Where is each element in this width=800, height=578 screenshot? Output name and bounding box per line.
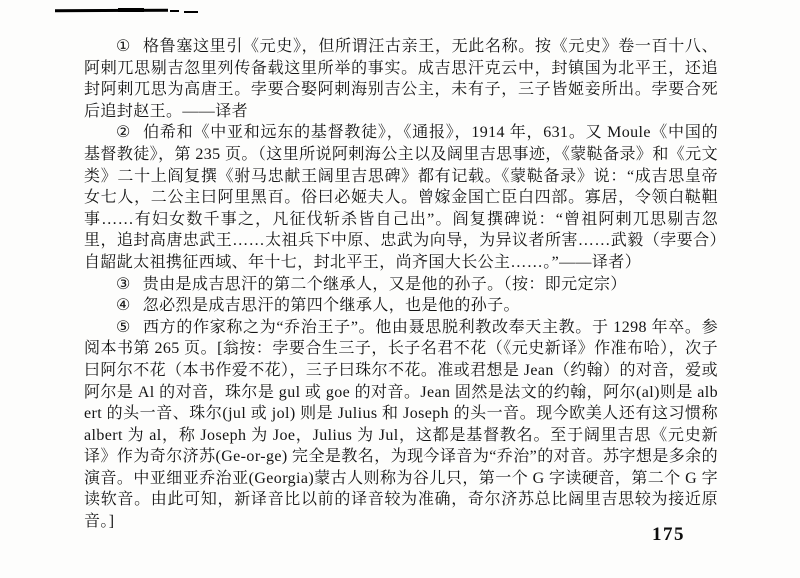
footnote-2: ②伯希和《中亚和远东的基督教徒》，《通报》，1914 年，631。又 Moule… — [84, 122, 718, 273]
footnote-1-text: 格鲁塞这里引《元史》，但所谓汪古亲王，无此名称。按《元史》卷一百十八、阿剌兀思剔… — [84, 38, 718, 120]
footnote-3-marker: ③ — [116, 276, 131, 293]
footnote-1: ①格鲁塞这里引《元史》，但所谓汪古亲王，无此名称。按《元史》卷一百十八、阿剌兀思… — [84, 36, 718, 122]
scan-artifact-segment — [184, 11, 198, 13]
footnote-4: ④忽必烈是成吉思汗的第四个继承人，也是他的孙子。 — [84, 295, 718, 317]
scan-artifact-segment — [118, 8, 144, 12]
footnote-2-marker: ② — [116, 124, 131, 141]
footnote-4-text: 忽必烈是成吉思汗的第四个继承人，也是他的孙子。 — [143, 297, 520, 314]
footnotes-block: ①格鲁塞这里引《元史》，但所谓汪古亲王，无此名称。按《元史》卷一百十八、阿剌兀思… — [84, 36, 718, 533]
footnote-3-text: 贵由是成吉思汗的第二个继承人，又是他的孙子。（按：即元定宗） — [143, 276, 627, 293]
scan-artifact-segment — [170, 10, 179, 12]
footnote-5-marker: ⑤ — [116, 319, 131, 336]
footnote-3: ③贵由是成吉思汗的第二个继承人，又是他的孙子。（按：即元定宗） — [84, 274, 718, 296]
scan-artifact-line — [0, 0, 800, 20]
scan-artifact-segment — [55, 9, 168, 13]
footnote-5: ⑤西方的作家称之为“乔治王子”。他由聂思脱利教改奉天主教。于 1298 年卒。参… — [84, 317, 718, 533]
footnote-1-marker: ① — [116, 38, 131, 55]
footnote-4-marker: ④ — [116, 297, 131, 314]
footnote-5-text: 西方的作家称之为“乔治王子”。他由聂思脱利教改奉天主教。于 1298 年卒。参阅… — [84, 319, 718, 530]
page-number: 175 — [652, 524, 685, 546]
footnote-2-text: 伯希和《中亚和远东的基督教徒》，《通报》，1914 年，631。又 Moule《… — [84, 124, 718, 271]
book-page: ①格鲁塞这里引《元史》，但所谓汪古亲王，无此名称。按《元史》卷一百十八、阿剌兀思… — [0, 0, 800, 578]
